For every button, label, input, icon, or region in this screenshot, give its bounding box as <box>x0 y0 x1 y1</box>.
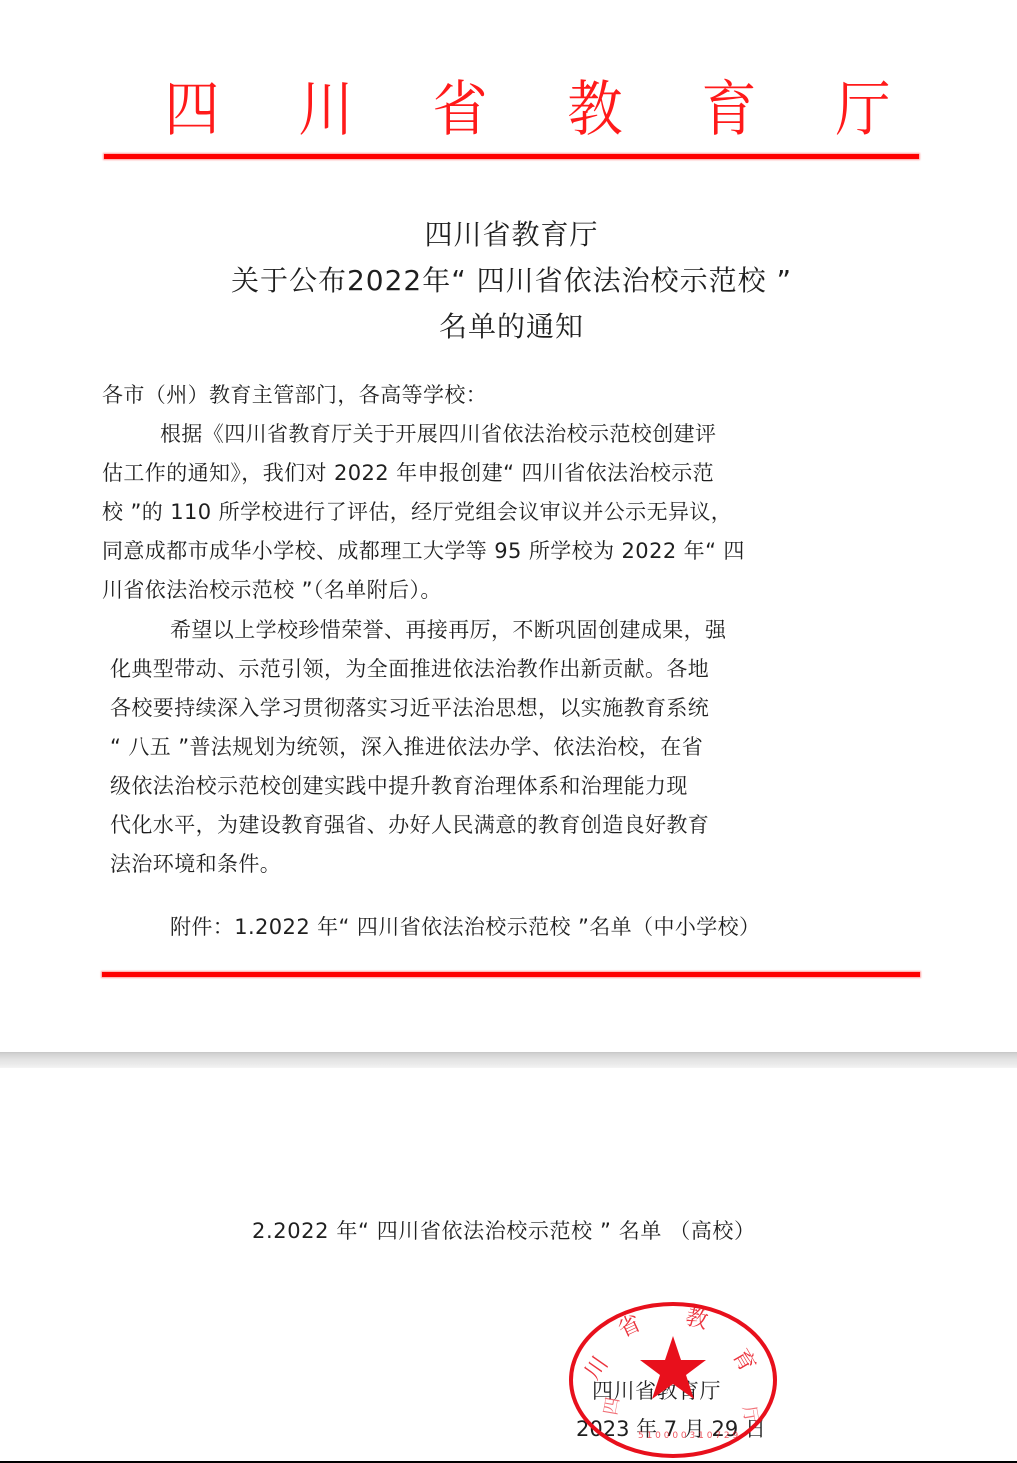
footer-red-rule <box>102 972 920 977</box>
svg-text:育: 育 <box>727 1345 760 1377</box>
title-suffix: 名单的通知 <box>104 304 919 350</box>
paragraph-1-line: 估工作的通知》，我们对 2022 年申报创建“ 四川省依法治校示范 <box>102 454 714 492</box>
paragraph-1-line: 同意成都市成华小学校、成都理工大学等 95 所学校为 2022 年“ 四 <box>102 532 745 570</box>
masthead-char: 厅 <box>835 80 890 140</box>
letterhead-red-rule <box>104 154 919 159</box>
page-separator <box>0 1052 1017 1068</box>
paragraph-1-line: 根据《四川省教育厅关于开展四川省依法治校示范校创建评 <box>160 415 716 453</box>
paragraph-2-line: 级依法治校示范校创建实践中提升教育治理体系和治理能力现 <box>110 767 688 805</box>
paragraph-2-line: “ 八五 ”普法规划为统领，深入推进依法办学、依法治校，在省 <box>110 728 703 766</box>
attachment-item-2: 2.2022 年“ 四川省依法治校示范校 ” 名单 （高校） <box>252 1215 756 1245</box>
letterhead-masthead: 四 川 省 教 育 厅 <box>104 70 919 150</box>
svg-text:川: 川 <box>580 1352 613 1384</box>
attachment-item-1: 附件：1.2022 年“ 四川省依法治校示范校 ”名单（中小学校） <box>170 908 760 946</box>
title-subject: 关于公布2022年“ 四川省依法治校示范校 ” <box>104 258 919 304</box>
document-page-1: 四 川 省 教 育 厅 四川省教育厅 关于公布2022年“ 四川省依法治校示范校… <box>0 0 1017 1052</box>
document-page-2 <box>0 1068 1017 1463</box>
salutation: 各市（州）教育主管部门，各高等学校： <box>102 376 487 414</box>
svg-text:教: 教 <box>683 1305 711 1335</box>
paragraph-2-line: 各校要持续深入学习贯彻落实习近平法治思想，以实施教育系统 <box>110 689 709 727</box>
document-title: 四川省教育厅 关于公布2022年“ 四川省依法治校示范校 ” 名单的通知 <box>104 212 919 350</box>
official-seal-icon: 川 省 教 育 四 厅 5 1 0 0 0 0 3 1 0 7 2 9 <box>566 1298 780 1462</box>
paragraph-2-line: 化典型带动、示范引领，为全面推进依法治教作出新贡献。各地 <box>110 650 709 688</box>
svg-text:四: 四 <box>600 1395 624 1416</box>
paragraph-2-line: 希望以上学校珍惜荣誉、再接再厉，不断巩固创建成果，强 <box>170 611 726 649</box>
masthead-char: 川 <box>299 80 354 140</box>
masthead-char: 四 <box>164 80 219 140</box>
svg-text:5 1 0 0 0 0 3 1 0 7 2 9: 5 1 0 0 0 0 3 1 0 7 2 9 <box>638 1431 738 1441</box>
masthead-char: 省 <box>433 80 488 140</box>
svg-text:厅: 厅 <box>738 1404 762 1425</box>
star-icon <box>640 1336 706 1399</box>
paragraph-1-line: 川省依法治校示范校 ”（名单附后）。 <box>102 571 442 609</box>
paragraph-2-line: 代化水平，为建设教育强省、办好人民满意的教育创造良好教育 <box>110 806 709 844</box>
masthead-char: 育 <box>701 80 756 140</box>
title-issuer: 四川省教育厅 <box>104 212 919 258</box>
paragraph-1-line: 校 ”的 110 所学校进行了评估，经厅党组会议审议并公示无异议， <box>102 493 732 531</box>
masthead-char: 教 <box>567 80 622 140</box>
paragraph-2-line: 法治环境和条件。 <box>110 845 281 883</box>
